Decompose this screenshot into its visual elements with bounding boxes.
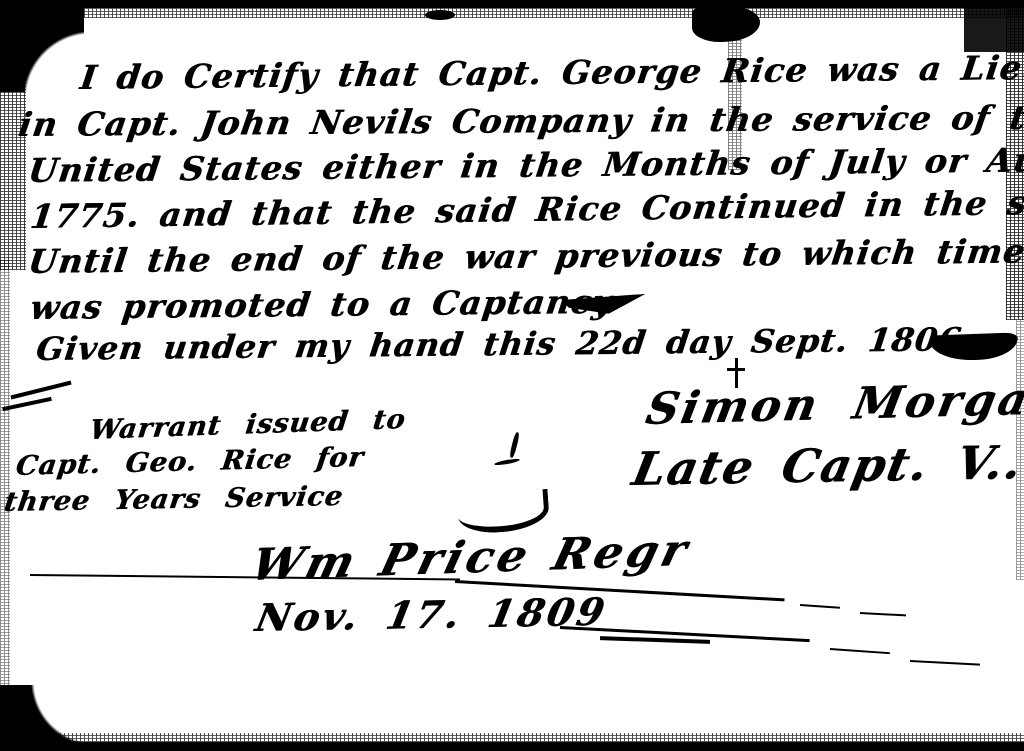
ink-blot-top-small xyxy=(425,10,455,20)
flourish-tail-dash xyxy=(830,648,890,654)
scan-noise-top-right xyxy=(964,0,1024,52)
handwriting-line-4: 1775. and that the said Rice Continued i… xyxy=(28,181,1024,236)
scan-noise-top xyxy=(0,8,1024,18)
signature-title: Late Capt. V.. L xyxy=(628,434,1024,496)
clerk-note-line-3: three Years Service xyxy=(2,481,345,518)
strikethrough-dash xyxy=(800,604,840,609)
scan-edge-top xyxy=(0,0,1024,8)
margin-stroke-1 xyxy=(10,381,71,400)
handwriting-line-3: United States either in the Months of Ju… xyxy=(26,140,1024,190)
scan-noise-left-lower xyxy=(0,260,10,690)
dateline: Given under my hand this 22d day Sept. 1… xyxy=(34,320,964,368)
scan-corner-top-left xyxy=(0,0,84,92)
clerk-date: Nov. 17. 1809 xyxy=(252,589,611,640)
document-scan: I do Certify that Capt. George Rice was … xyxy=(0,0,1024,751)
scan-corner-bottom-left xyxy=(0,685,92,751)
handwriting-line-5: Until the end of the war previous to whi… xyxy=(26,231,1024,281)
underline-1809 xyxy=(600,636,710,644)
strikethrough-dash xyxy=(860,612,906,616)
scan-noise-bottom xyxy=(0,733,1024,742)
ink-blot-top xyxy=(692,6,760,42)
flourish-tail-dash xyxy=(910,660,980,666)
signature-name: Simon Morgan xyxy=(642,373,1024,435)
clerk-note-line-1: Warrant issued to xyxy=(88,404,408,446)
stray-pen-mark xyxy=(509,432,520,458)
handwriting-line-6: was promoted to a Captancy xyxy=(28,282,615,327)
handwriting-line-2: in Capt. John Nevils Company in the serv… xyxy=(16,98,1024,144)
pen-swoosh xyxy=(457,489,551,535)
cross-mark-bar xyxy=(727,368,745,371)
stray-pen-mark-tail xyxy=(494,458,520,466)
scan-edge-bottom xyxy=(0,742,1024,751)
handwriting-line-1: I do Certify that Capt. George Rice was … xyxy=(78,47,1024,97)
clerk-note-line-2: Capt. Geo. Rice for xyxy=(14,442,366,482)
